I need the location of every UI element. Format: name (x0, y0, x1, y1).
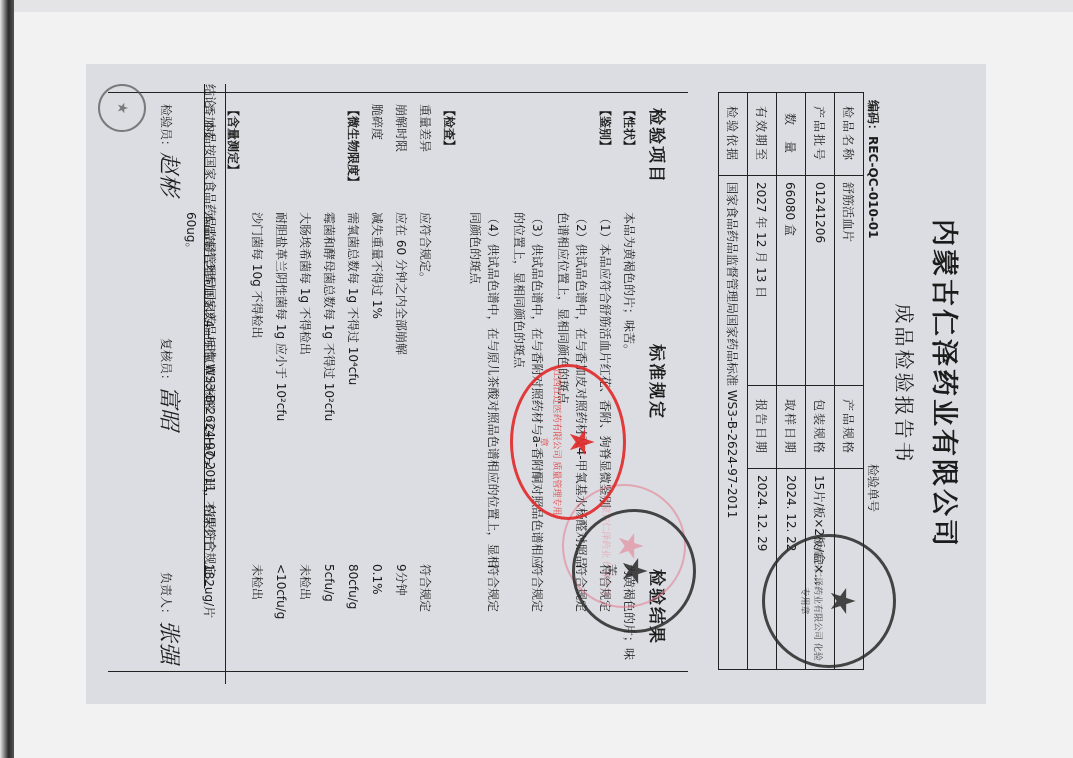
header-item: 检验项目 (646, 108, 671, 184)
value-basis: 国家食品药品监督管理局国家药品标准 WS3-B-2624-97-2011 (719, 176, 748, 670)
row-result: 未检出 (296, 564, 314, 664)
row-standard: 减失重量不得过 1% (368, 212, 386, 572)
small-seal: ★ (98, 84, 146, 132)
inspection-report-page: 内蒙古仁泽药业有限公司 成品检验报告书 编码：REC-QC-010-01 检验单… (86, 64, 986, 704)
row-standard: 应在 60 分钟之内全部崩解 (392, 212, 410, 572)
company-name: 内蒙古仁泽药业有限公司 (927, 64, 966, 704)
row-standard: 大肠埃希菌每 1g 不得检出 (296, 212, 314, 572)
header-standard: 标准规定 (646, 344, 671, 420)
inspector-label: 检验员： (159, 104, 173, 152)
row-item: 【性状】 (620, 104, 638, 194)
value-product-name: 舒筋活血片 (835, 176, 864, 386)
row-standard: 耐胆盐革兰阴性菌每 1g 应小于 10²cfu (272, 212, 290, 572)
row-standard: 沙门菌每 10g 不得检出 (248, 212, 266, 572)
row-result: 未检出 (248, 564, 266, 664)
table-row: 检验依据 国家食品药品监督管理局国家药品标准 WS3-B-2624-97-201… (719, 93, 748, 670)
star-icon: ★ (617, 556, 651, 586)
doc-code-label: 编码： (866, 100, 880, 136)
scan-top-edge (0, 0, 1073, 12)
company-seal: ★ (572, 509, 696, 633)
row-item: 【微生物限度】 (344, 104, 362, 194)
label-package-spec: 包装规格 (806, 386, 835, 469)
row-result: 符合规定 (416, 564, 434, 664)
label-expiry: 有效期至 (748, 93, 777, 176)
star-icon: ★ (825, 537, 859, 665)
label-batch-no: 产品批号 (806, 93, 835, 176)
conclusion: 结论：本品按国家食品药品监督管理局国家药品标准 WS3-B-2624-97-20… (202, 84, 226, 684)
row-result: 5cfu/g (320, 564, 338, 664)
value-expiry: 2027 年 12 月 13 日 (748, 176, 777, 386)
row-result: 符合规定 (528, 564, 546, 664)
label-quantity: 数 量 (777, 93, 806, 176)
value-quantity: 66080 盒 (777, 176, 806, 386)
row-standard: （4）供试品色谱中，在与原儿茶酸对照品色谱相应的位置上，显相同颜色的斑点 (466, 212, 502, 572)
row-result: 80cfu/g (344, 564, 362, 664)
inspection-unit-label: 检验单号 (865, 464, 882, 512)
signature-row: 检验员：赵彬 复核员：富昭 负责人：张强 (155, 104, 186, 664)
company-qc-stamp: ★内蒙古仁泽药业有限公司 化验专用章 (762, 534, 896, 668)
label-product-name: 检品名称 (835, 93, 864, 176)
row-item: 【检查】 (440, 104, 458, 194)
row-standard: 霉菌和酵母菌总数每 1g 不得过 10²cfu (320, 212, 338, 572)
company-stamp-text: 内蒙古仁泽药业有限公司 化验专用章 (799, 537, 825, 665)
inspector: 检验员：赵彬 (155, 104, 186, 196)
label-basis: 检验依据 (719, 93, 748, 176)
row-result: <10cfu/g (272, 564, 290, 664)
label-product-spec: 产品规格 (835, 386, 864, 469)
responsible-signature: 张强 (156, 620, 181, 664)
value-batch-no: 01241206 (806, 176, 835, 386)
row-standard: 需氧菌总数每 1g 不得过 10⁴cfu (344, 212, 362, 572)
row-item: 崩解时限 (392, 104, 410, 194)
label-sampling-date: 取样日期 (777, 386, 806, 469)
reviewer: 复核员：富昭 (155, 338, 186, 430)
scan-left-edge (0, 0, 14, 758)
row-item: 脆碎度 (368, 104, 386, 194)
red-stamp-text: 江西江辽医药有限公司 质量管理专用章 (538, 367, 564, 517)
row-result: 9分钟 (392, 564, 410, 664)
row-item: 重量差异 (416, 104, 434, 194)
row-standard: 应符合规定。 (416, 212, 434, 572)
row-item: 【鉴别】 (596, 104, 614, 194)
inspector-signature: 赵彬 (156, 152, 181, 196)
label-report-date: 报告日期 (748, 386, 777, 469)
star-icon: ★ (115, 102, 129, 115)
row-result: 符合规定 (484, 564, 502, 664)
doc-code-value: REC-QC-010-01 (866, 136, 880, 239)
responsible: 负责人：张强 (155, 572, 186, 664)
responsible-label: 负责人： (159, 572, 173, 620)
reviewer-label: 复核员： (159, 338, 173, 386)
row-item: 【含量测定】 (224, 104, 242, 194)
reviewer-signature: 富昭 (156, 386, 181, 430)
doc-code: 编码：REC-QC-010-01 (865, 100, 882, 239)
star-icon: ★ (564, 367, 598, 517)
row-result: 0.1% (368, 564, 386, 664)
red-quality-stamp: ★江西江辽医药有限公司 质量管理专用章 (510, 364, 626, 520)
